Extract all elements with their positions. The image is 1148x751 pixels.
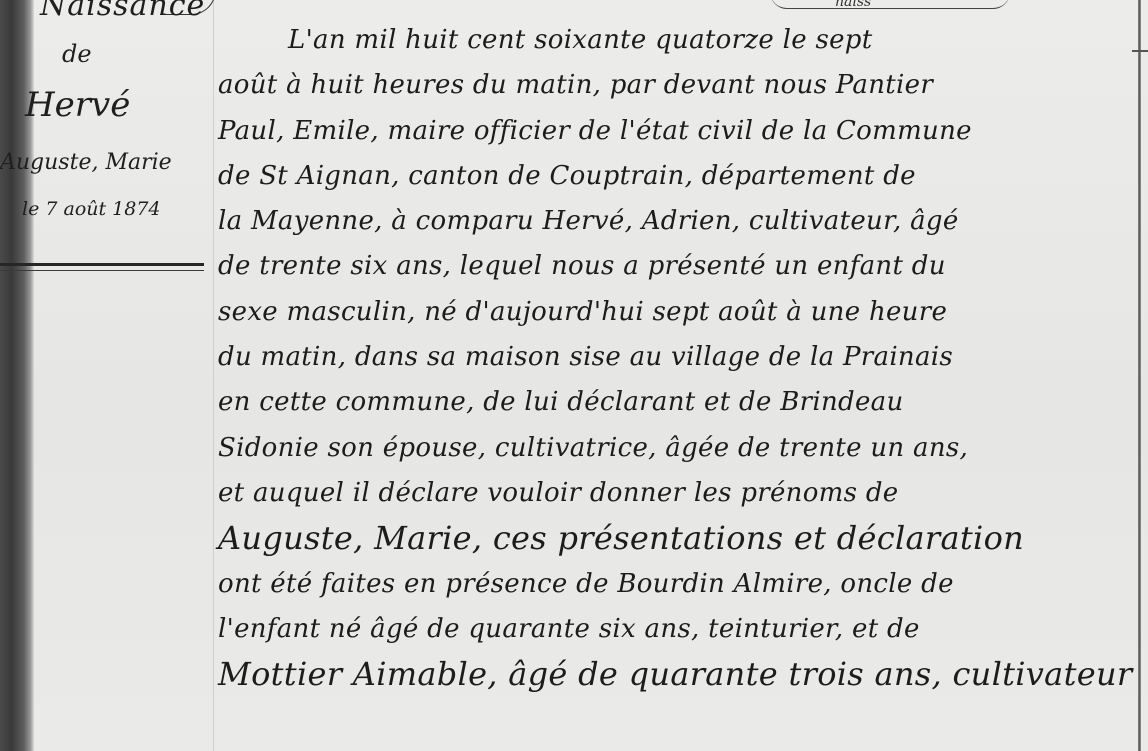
text-line: de St Aignan, canton de Couptrain, dépar… <box>218 154 1133 199</box>
margin-title: Naissance <box>40 0 205 23</box>
text-line: ont été faites en présence de Bourdin Al… <box>218 562 1133 607</box>
top-flourish <box>770 0 1010 9</box>
text-line: L'an mil huit cent soixante quatorze le … <box>218 18 1133 63</box>
margin-de: de <box>62 40 92 68</box>
text-line: de trente six ans, lequel nous a présent… <box>218 244 1133 289</box>
top-flourish-text: naiss <box>835 0 871 10</box>
text-line: la Mayenne, à comparu Hervé, Adrien, cul… <box>218 199 1133 244</box>
margin-given-names: Auguste, Marie <box>0 150 172 175</box>
text-line: en cette commune, de lui déclarant et de… <box>218 380 1133 425</box>
margin-surname: Hervé <box>25 85 130 125</box>
right-margin-rule <box>1138 0 1141 751</box>
record-separator-line-thin <box>0 270 204 271</box>
margin-rule <box>213 0 214 751</box>
text-line: l'enfant né âgé de quarante six ans, tei… <box>218 607 1133 652</box>
text-line: du matin, dans sa maison sise au village… <box>218 335 1133 380</box>
text-line: et auquel il déclare vouloir donner les … <box>218 471 1133 516</box>
text-line: Paul, Emile, maire officier de l'état ci… <box>218 109 1133 154</box>
text-line: Mottier Aimable, âgé de quarante trois a… <box>218 652 1133 697</box>
text-line: sexe masculin, né d'aujourd'hui sept aoû… <box>218 290 1133 335</box>
text-line: Sidonie son épouse, cultivatrice, âgée d… <box>218 426 1133 471</box>
registry-page: naiss Naissance de Hervé Auguste, Marie … <box>0 0 1148 751</box>
text-line: août à huit heures du matin, par devant … <box>218 63 1133 108</box>
record-separator-line <box>0 263 204 266</box>
record-body: L'an mil huit cent soixante quatorze le … <box>218 18 1133 697</box>
margin-date: le 7 août 1874 <box>22 198 161 220</box>
text-line: Auguste, Marie, ces présentations et déc… <box>218 516 1133 561</box>
right-margin-tick <box>1132 50 1148 52</box>
